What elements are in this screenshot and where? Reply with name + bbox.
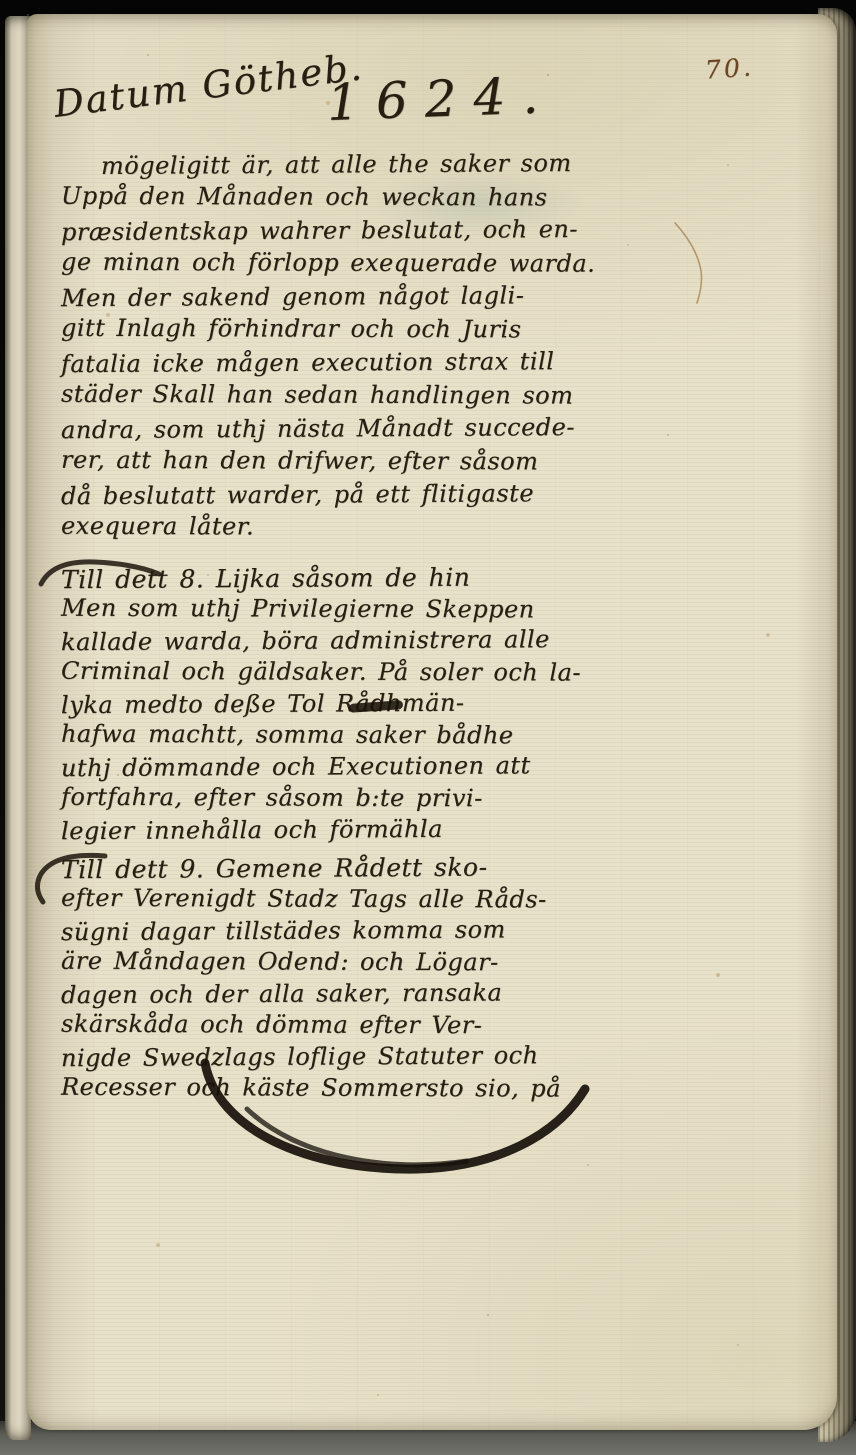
manuscript-line: Recesser och käste Sommersto sio, på	[61, 1071, 777, 1105]
manuscript-line: dagen och der alla saker, ransaka	[61, 976, 777, 1012]
manuscript-line: skärskåda och dömma efter Ver-	[61, 1008, 777, 1042]
manuscript-line: legier innehålla och förmähla	[61, 812, 777, 848]
manuscript-line: mögeligitt är, att alle the saker som	[61, 146, 777, 183]
manuscript-scan: Datum Götheb. 1624. 70. mögeligitt är, a…	[0, 0, 856, 1455]
manuscript-line: exequera låter.	[61, 510, 777, 545]
manuscript-line: sügni dagar tillstädes komma som	[61, 913, 777, 949]
manuscript-line: andra, som uthj nästa Månadt succede-	[61, 410, 777, 447]
manuscript-line: fatalia icke mågen execution strax till	[61, 344, 777, 381]
manuscript-line: Till dett 9. Gemene Rådett sko-	[61, 850, 777, 886]
manuscript-line: städer Skall han sedan handlingen som	[61, 378, 777, 413]
paragraph-till-dett-9: Till dett 9. Gemene Rådett sko- efter Ve…	[61, 852, 777, 1104]
manuscript-page: Datum Götheb. 1624. 70. mögeligitt är, a…	[27, 14, 837, 1430]
manuscript-line: Men der sakend genom något lagli-	[61, 278, 777, 315]
manuscript-line: äre Måndagen Odend: och Lögar-	[61, 945, 777, 979]
manuscript-line: fortfahra, efter såsom b:te privi-	[61, 781, 777, 815]
manuscript-line: præsidentskap wahrer beslutat, och en-	[61, 212, 777, 249]
manuscript-line: gitt Inlagh förhindrar och och Juris	[61, 312, 777, 347]
manuscript-line: ge minan och förlopp exequerade warda.	[61, 246, 777, 281]
manuscript-line: lyka medto deße Tol Rådhmän-	[61, 686, 777, 722]
folio-number: 70.	[704, 52, 755, 84]
manuscript-line: kallade warda, böra administrera alle	[61, 623, 777, 659]
manuscript-line: Till dett 8. Lijka såsom de hin	[61, 560, 777, 596]
paragraph-till-dett-8: Till dett 8. Lijka såsom de hin Men som …	[61, 562, 777, 846]
dateline-heading: Datum Götheb.	[52, 45, 366, 126]
manuscript-line: nigde Swedzlags loflige Statuter och	[61, 1039, 777, 1075]
manuscript-line: uthj dömmande och Executionen att	[61, 749, 777, 785]
manuscript-line: Uppå den Månaden och weckan hans	[61, 180, 777, 215]
manuscript-line: rer, att han den drifwer, efter såsom	[61, 444, 777, 479]
year-heading: 1624.	[326, 66, 556, 132]
paragraph-1: mögeligitt är, att alle the saker som Up…	[61, 148, 777, 544]
manuscript-line: Men som uthj Privilegierne Skeppen	[61, 592, 777, 626]
paper-foxing-speckles	[27, 14, 29, 16]
manuscript-line: Criminal och gäldsaker. På soler och la-	[61, 655, 777, 689]
manuscript-line: efter Verenigdt Stadz Tags alle Råds-	[61, 882, 777, 916]
manuscript-line: hafwa machtt, somma saker bådhe	[61, 718, 777, 752]
manuscript-line: då beslutatt warder, på ett flitigaste	[61, 476, 777, 513]
